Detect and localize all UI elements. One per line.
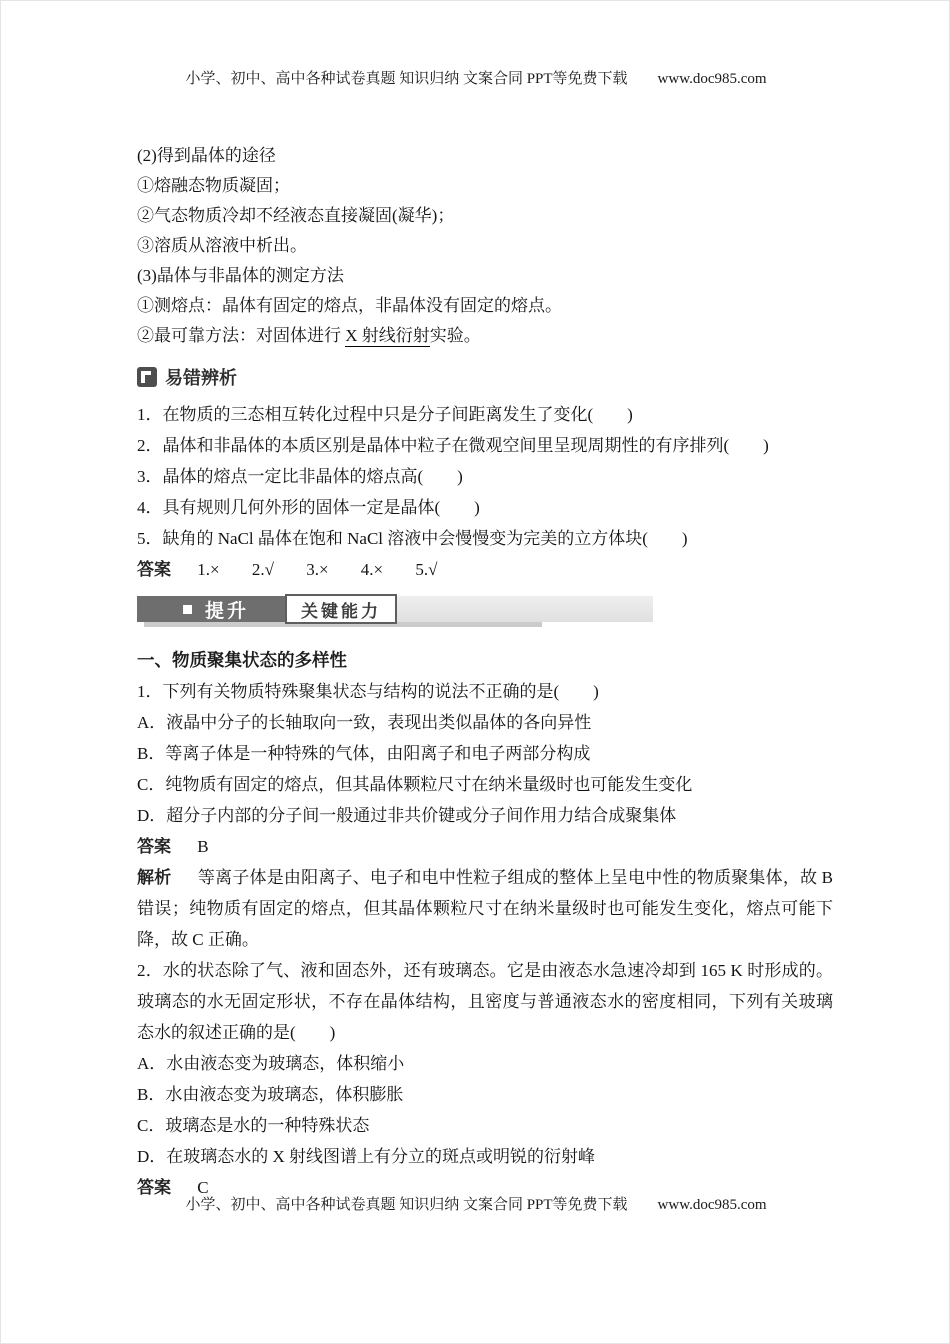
answer-mark: 1.×	[197, 560, 219, 579]
method-prefix: ②最可靠方法：对固体进行	[137, 326, 345, 345]
answer-label: 答案	[137, 837, 171, 856]
section-title: 一、物质聚集状态的多样性	[137, 645, 833, 676]
intro-line-method: ②最可靠方法：对固体进行 X 射线衍射实验。	[137, 321, 833, 351]
intro-line: ③溶质从溶液中析出。	[137, 231, 833, 261]
intro-line: ①测熔点：晶体有固定的熔点，非晶体没有固定的熔点。	[137, 291, 833, 321]
footer-site-link[interactable]: www.doc985.com	[658, 1197, 767, 1213]
misconception-item-list: 1．在物质的三态相互转化过程中只是分子间距离发生了变化( ) 2．晶体和非晶体的…	[137, 399, 833, 554]
answer-mark: 3.×	[306, 560, 328, 579]
page-content: (2)得到晶体的途径 ①熔融态物质凝固； ②气态物质冷却不经液态直接凝固(凝华)…	[137, 141, 833, 1203]
misconception-badge-icon	[137, 367, 157, 387]
question-1-answer-row: 答案 B	[137, 831, 833, 862]
misconception-heading: 易错辨析	[137, 364, 833, 390]
misconception-item: 4．具有规则几何外形的固体一定是晶体( )	[137, 492, 833, 523]
question-2-option-b: B．水由液态变为玻璃态，体积膨胀	[137, 1079, 833, 1110]
banner-secondary-label: 关键能力	[285, 594, 397, 624]
misconception-item: 1．在物质的三态相互转化过程中只是分子间距离发生了变化( )	[137, 399, 833, 430]
answers-label: 答案	[137, 560, 171, 579]
question-2-option-c: C．玻璃态是水的一种特殊状态	[137, 1110, 833, 1141]
banner-dark-bar: 提升	[137, 596, 285, 622]
answer-mark: 5.√	[415, 560, 437, 579]
method-underlined-term: X 射线衍射	[345, 326, 430, 347]
document-page: 小学、初中、高中各种试卷真题 知识归纳 文案合同 PPT等免费下载www.doc…	[0, 0, 950, 1344]
section-banner: 提升 关键能力	[137, 594, 833, 624]
intro-line: ②气态物质冷却不经液态直接凝固(凝华)；	[137, 201, 833, 231]
misconception-item: 5．缺角的 NaCl 晶体在饱和 NaCl 溶液中会慢慢变为完美的立方体块( )	[137, 523, 833, 554]
header-promo-text: 小学、初中、高中各种试卷真题 知识归纳 文案合同 PPT等免费下载	[185, 71, 627, 87]
answer-mark: 4.×	[361, 560, 383, 579]
footer-promo-text: 小学、初中、高中各种试卷真题 知识归纳 文案合同 PPT等免费下载	[185, 1197, 627, 1213]
question-2-stem: 2．水的状态除了气、液和固态外，还有玻璃态。它是由液态水急速冷却到 165 K …	[137, 955, 833, 1048]
question-2-option-a: A．水由液态变为玻璃态，体积缩小	[137, 1048, 833, 1079]
question-1-stem: 1．下列有关物质特殊聚集状态与结构的说法不正确的是( )	[137, 676, 833, 707]
banner-tail-strip	[397, 596, 653, 622]
question-1-analysis: 解析 等离子体是由阳离子、电子和电中性粒子组成的整体上呈电中性的物质聚集体，故 …	[137, 862, 833, 955]
intro-line: ①熔融态物质凝固；	[137, 171, 833, 201]
question-1-option-a: A．液晶中分子的长轴取向一致，表现出类似晶体的各向异性	[137, 707, 833, 738]
intro-line: (3)晶体与非晶体的测定方法	[137, 261, 833, 291]
misconception-item: 3．晶体的熔点一定比非晶体的熔点高( )	[137, 461, 833, 492]
misconception-heading-label: 易错辨析	[165, 364, 237, 390]
question-1-option-b: B．等离子体是一种特殊的气体，由阳离子和电子两部分构成	[137, 738, 833, 769]
banner-square-icon	[183, 605, 192, 614]
question-2-option-d: D．在玻璃态水的 X 射线图谱上有分立的斑点或明锐的衍射峰	[137, 1141, 833, 1172]
method-suffix: 实验。	[430, 326, 481, 345]
misconception-answers-row: 答案 1.× 2.√ 3.× 4.× 5.√	[137, 554, 833, 585]
header-site-link[interactable]: www.doc985.com	[658, 71, 767, 87]
banner-primary-label: 提升	[205, 596, 249, 623]
question-1-option-d: D．超分子内部的分子间一般通过非共价键或分子间作用力结合成聚集体	[137, 800, 833, 831]
answer-mark: 2.√	[252, 560, 274, 579]
question-1-answer: B	[197, 837, 208, 856]
page-header: 小学、初中、高中各种试卷真题 知识归纳 文案合同 PPT等免费下载www.doc…	[121, 67, 831, 88]
analysis-label: 解析	[137, 868, 171, 887]
page-footer: 小学、初中、高中各种试卷真题 知识归纳 文案合同 PPT等免费下载www.doc…	[121, 1193, 831, 1214]
intro-line: (2)得到晶体的途径	[137, 141, 833, 171]
question-1-option-c: C．纯物质有固定的熔点，但其晶体颗粒尺寸在纳米量级时也可能发生变化	[137, 769, 833, 800]
question-1-analysis-text: 等离子体是由阳离子、电子和电中性粒子组成的整体上呈电中性的物质聚集体，故 B 错…	[137, 868, 833, 949]
misconception-item: 2．晶体和非晶体的本质区别是晶体中粒子在微观空间里呈现周期性的有序排列( )	[137, 430, 833, 461]
